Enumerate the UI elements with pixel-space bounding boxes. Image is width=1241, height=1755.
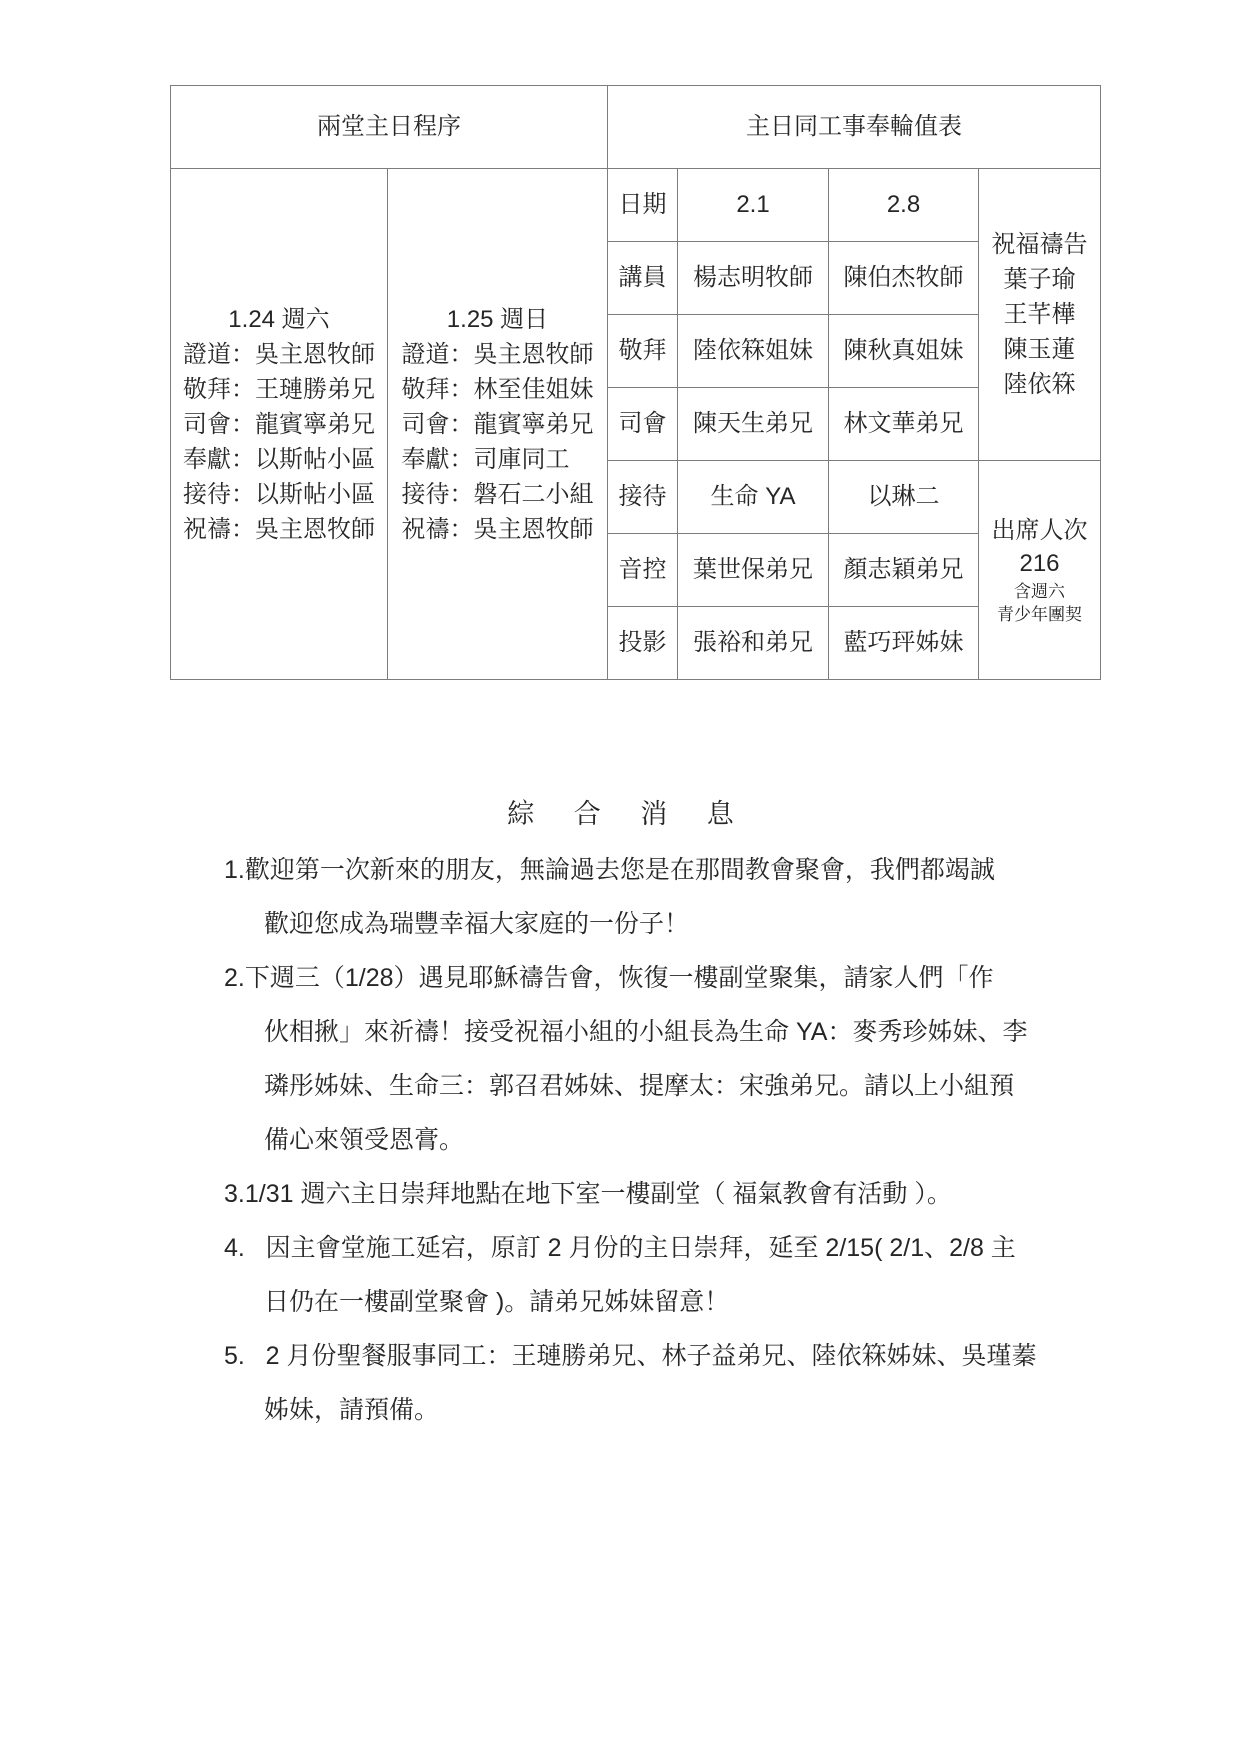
service-sunday-cell: 1.25 週日 證道：吳主恩牧師 敬拜：林至佳姐妹 司會：龍賓寧弟兄 奉獻：司庫… <box>388 169 608 680</box>
announcement-line: 伙相揪」來祈禱！接受祝福小組的小組長為生命 YA：麥秀珍姊妹、李 <box>224 1005 1037 1059</box>
blessing-name: 王芊樺 <box>1004 297 1076 332</box>
roster-cell: 顏志穎弟兄 <box>829 534 979 607</box>
roster-row-label: 司會 <box>608 388 678 461</box>
blessing-prayer-cell: 祝福禱告 葉子瑜 王芊樺 陳玉蓮 陸依箖 <box>979 169 1101 461</box>
announcement-line: 2.下週三（1/28）遇見耶穌禱告會，恢復一樓副堂聚集，請家人們「作 <box>224 951 1037 1005</box>
service-line: 接待：磐石二小組 <box>402 477 594 512</box>
announcement-line: 3.1/31 週六主日崇拜地點在地下室一樓副堂（ 福氣教會有活動 ）。 <box>224 1167 1037 1221</box>
service-line: 司會：龍賓寧弟兄 <box>183 407 375 442</box>
service-line: 司會：龍賓寧弟兄 <box>402 407 594 442</box>
attendance-note: 含週六 <box>1014 580 1065 603</box>
service-sunday-block: 1.25 週日 證道：吳主恩牧師 敬拜：林至佳姐妹 司會：龍賓寧弟兄 奉獻：司庫… <box>402 302 594 547</box>
service-line: 祝禱：吳主恩牧師 <box>402 512 594 547</box>
program-header-label: 兩堂主日程序 <box>317 112 461 142</box>
service-line: 證道：吳主恩牧師 <box>402 337 594 372</box>
announcement-line: 歡迎您成為瑞豐幸福大家庭的一份子！ <box>224 897 1037 951</box>
roster-cell: 生命 YA <box>678 461 829 534</box>
announcements-list: 1.歡迎第一次新來的朋友，無論過去您是在那間教會聚會，我們都竭誠 歡迎您成為瑞豐… <box>224 843 1037 1437</box>
service-saturday-block: 1.24 週六 證道：吳主恩牧師 敬拜：王璉勝弟兄 司會：龍賓寧弟兄 奉獻：以斯… <box>183 302 375 547</box>
service-line: 敬拜：林至佳姐妹 <box>402 372 594 407</box>
announcement-line: 日仍在一樓副堂聚會 )。請弟兄姊妹留意！ <box>224 1275 1037 1329</box>
attendance-label: 出席人次 <box>992 514 1088 547</box>
announcement-line: 姊妹，請預備。 <box>224 1383 1037 1437</box>
announcements-title: 綜 合 消 息 <box>0 792 1241 831</box>
blessing-title: 祝福禱告 <box>992 227 1088 262</box>
roster-cell: 陳伯杰牧師 <box>829 242 979 315</box>
service-line: 奉獻：以斯帖小區 <box>183 442 375 477</box>
roster-cell: 2.1 <box>678 169 829 242</box>
announcement-line: 5. 2 月份聖餐服事同工：王璉勝弟兄、林子益弟兄、陸依箖姊妹、吳瑾蓁 <box>224 1329 1037 1383</box>
program-header-cell: 兩堂主日程序 <box>171 86 608 169</box>
service-line: 奉獻：司庫同工 <box>402 442 594 477</box>
service-date: 1.24 週六 <box>183 302 375 337</box>
roster-cell: 2.8 <box>829 169 979 242</box>
announcement-line: 4. 因主會堂施工延宕，原訂 2 月份的主日崇拜，延至 2/15( 2/1、2/… <box>224 1221 1037 1275</box>
roster-cell: 楊志明牧師 <box>678 242 829 315</box>
attendance-cell: 出席人次 216 含週六 青少年團契 <box>979 461 1101 680</box>
announcement-line: 璘彤姊妹、生命三：郭召君姊妹、提摩太：宋強弟兄。請以上小組預 <box>224 1059 1037 1113</box>
roster-cell: 陳秋真姐妹 <box>829 315 979 388</box>
attendance-count: 216 <box>1019 547 1059 580</box>
service-saturday-cell: 1.24 週六 證道：吳主恩牧師 敬拜：王璉勝弟兄 司會：龍賓寧弟兄 奉獻：以斯… <box>171 169 388 680</box>
bulletin-page: 兩堂主日程序 主日同工事奉輪值表 1.24 週六 證道：吳主恩牧師 敬拜：王璉勝… <box>0 0 1241 1755</box>
roster-header-label: 主日同工事奉輪值表 <box>746 112 962 142</box>
schedule-table: 兩堂主日程序 主日同工事奉輪值表 1.24 週六 證道：吳主恩牧師 敬拜：王璉勝… <box>170 85 1101 680</box>
service-line: 祝禱：吳主恩牧師 <box>183 512 375 547</box>
roster-row-label: 接待 <box>608 461 678 534</box>
roster-cell: 以琳二 <box>829 461 979 534</box>
roster-cell: 陳天生弟兄 <box>678 388 829 461</box>
roster-cell: 張裕和弟兄 <box>678 607 829 680</box>
roster-cell: 葉世保弟兄 <box>678 534 829 607</box>
blessing-name: 葉子瑜 <box>1004 262 1076 297</box>
service-line: 敬拜：王璉勝弟兄 <box>183 372 375 407</box>
attendance-note: 青少年團契 <box>997 603 1082 626</box>
roster-row-label: 投影 <box>608 607 678 680</box>
roster-cell: 藍巧玶姊妹 <box>829 607 979 680</box>
roster-cell: 林文華弟兄 <box>829 388 979 461</box>
roster-cell: 陸依箖姐妹 <box>678 315 829 388</box>
roster-row-label: 日期 <box>608 169 678 242</box>
roster-row-label: 音控 <box>608 534 678 607</box>
service-line: 證道：吳主恩牧師 <box>183 337 375 372</box>
roster-row-label: 敬拜 <box>608 315 678 388</box>
roster-row-label: 講員 <box>608 242 678 315</box>
announcement-line: 1.歡迎第一次新來的朋友，無論過去您是在那間教會聚會，我們都竭誠 <box>224 843 1037 897</box>
announcement-line: 備心來領受恩膏。 <box>224 1113 1037 1167</box>
roster-header-cell: 主日同工事奉輪值表 <box>608 86 1101 169</box>
service-line: 接待：以斯帖小區 <box>183 477 375 512</box>
blessing-name: 陸依箖 <box>1004 367 1076 402</box>
service-date: 1.25 週日 <box>402 302 594 337</box>
blessing-name: 陳玉蓮 <box>1004 332 1076 367</box>
